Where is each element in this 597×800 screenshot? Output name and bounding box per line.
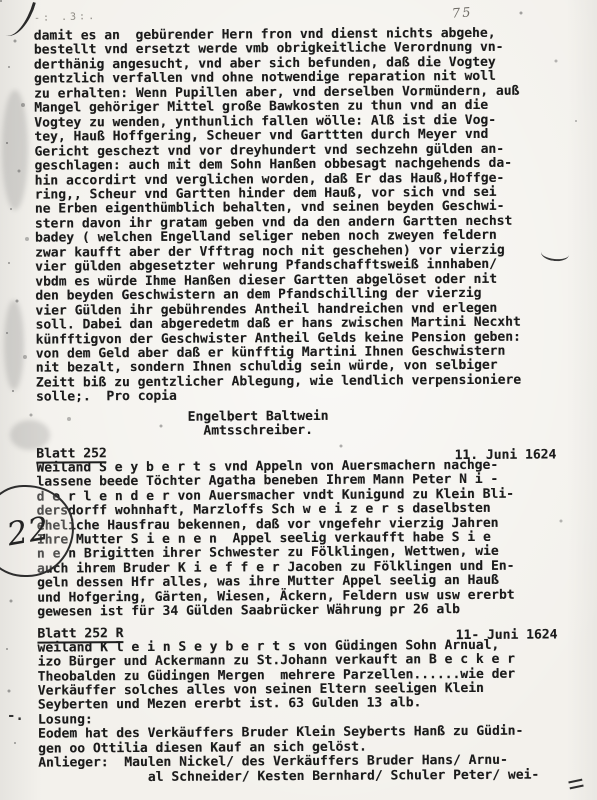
scan-smudge [4, 300, 24, 390]
pen-stroke-mark [0, 0, 36, 41]
blatt-252r-date: 11- Juni 1624 [456, 627, 558, 643]
scan-smudge [2, 90, 28, 210]
blatt-252-date: 11. Juni 1624 [455, 447, 557, 463]
blatt-252r-label: Blatt 252 R [37, 627, 123, 644]
signature-block: Engelbert Baltwein Amtsschreiber. [36, 409, 480, 441]
section-heading-blatt-252: Blatt 252 11. Juni 1624 [36, 439, 570, 461]
paragraph-blatt-252: Weiland S e y b e r t s vnd Appeln von A… [36, 458, 571, 620]
corner-pen-mark [568, 779, 583, 790]
paragraph-blatt-252r: weiland K l e i n S e y b e r t s von Gü… [37, 638, 572, 786]
text-line: solle;. Pro copia [36, 388, 570, 406]
document-body: damit es an gebürender Hern fron vnd die… [34, 26, 573, 785]
ink-speckles [0, 0, 2, 2]
blatt-252-label: Blatt 252 [36, 447, 107, 464]
margin-dash-mark: -. [7, 708, 24, 724]
paragraph-vogtey: damit es an gebürender Hern fron vnd die… [34, 26, 570, 405]
handwritten-page-number: 75 [452, 5, 474, 21]
text-line: al Schneider/ Kesten Bernhard/ Schuler P… [38, 768, 572, 786]
circled-margin-note-text: 22 [4, 509, 53, 554]
handwritten-smudge: -: .3:. [34, 11, 98, 24]
text-line: gewesen ist für 34 Gülden Saabrücker Wäh… [37, 603, 571, 621]
signature-title: Amtsschreiber. [36, 423, 480, 440]
section-heading-blatt-252r: Blatt 252 R 11- Juni 1624 [37, 619, 571, 641]
